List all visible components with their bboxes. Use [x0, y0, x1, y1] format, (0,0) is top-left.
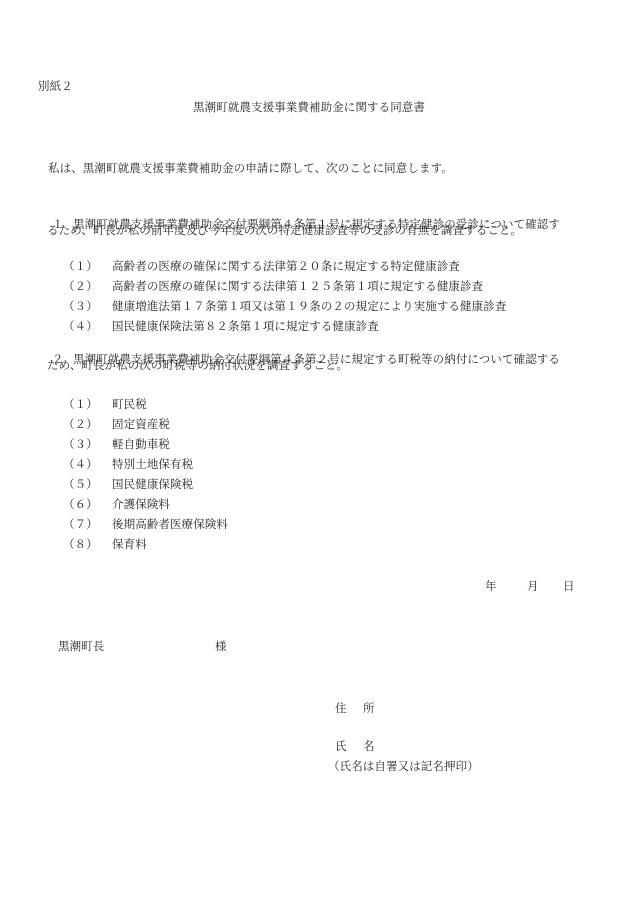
- name-label: 氏 名: [335, 738, 377, 754]
- intro-paragraph: 私は、黒潮町就農支援事業費補助金の申請に際して、次のことに同意します。: [48, 160, 453, 176]
- document-page: 別紙２ 黒潮町就農支援事業費補助金に関する同意書 私は、黒潮町就農支援事業費補助…: [0, 0, 630, 903]
- item-text: 保育料: [112, 537, 147, 551]
- name-note: （氏名は自署又は記名押印）: [328, 758, 479, 774]
- recipient-name: 黒潮町長: [58, 638, 104, 654]
- item-number: （４）: [63, 318, 112, 334]
- day-label: 日: [563, 578, 575, 594]
- attachment-label: 別紙２: [38, 78, 73, 94]
- list-item: （８）保育料: [48, 520, 147, 568]
- recipient-honorific: 様: [215, 638, 227, 654]
- address-label: 住 所: [335, 700, 377, 716]
- item-number: （８）: [63, 536, 112, 552]
- item-text: 国民健康保険法第８２条第１項に規定する健康診査: [112, 319, 379, 333]
- month-label: 月: [527, 578, 539, 594]
- document-title: 黒潮町就農支援事業費補助金に関する同意書: [193, 99, 425, 115]
- year-label: 年: [485, 578, 497, 594]
- section-1-line-2: るため、町長が私の前年度及び今年度の次の特定健康診査等の受診の有無を調査すること…: [47, 222, 522, 238]
- section-2-line-2: ため、町長が私の次の町税等の納付状況を調査すること。: [47, 357, 348, 373]
